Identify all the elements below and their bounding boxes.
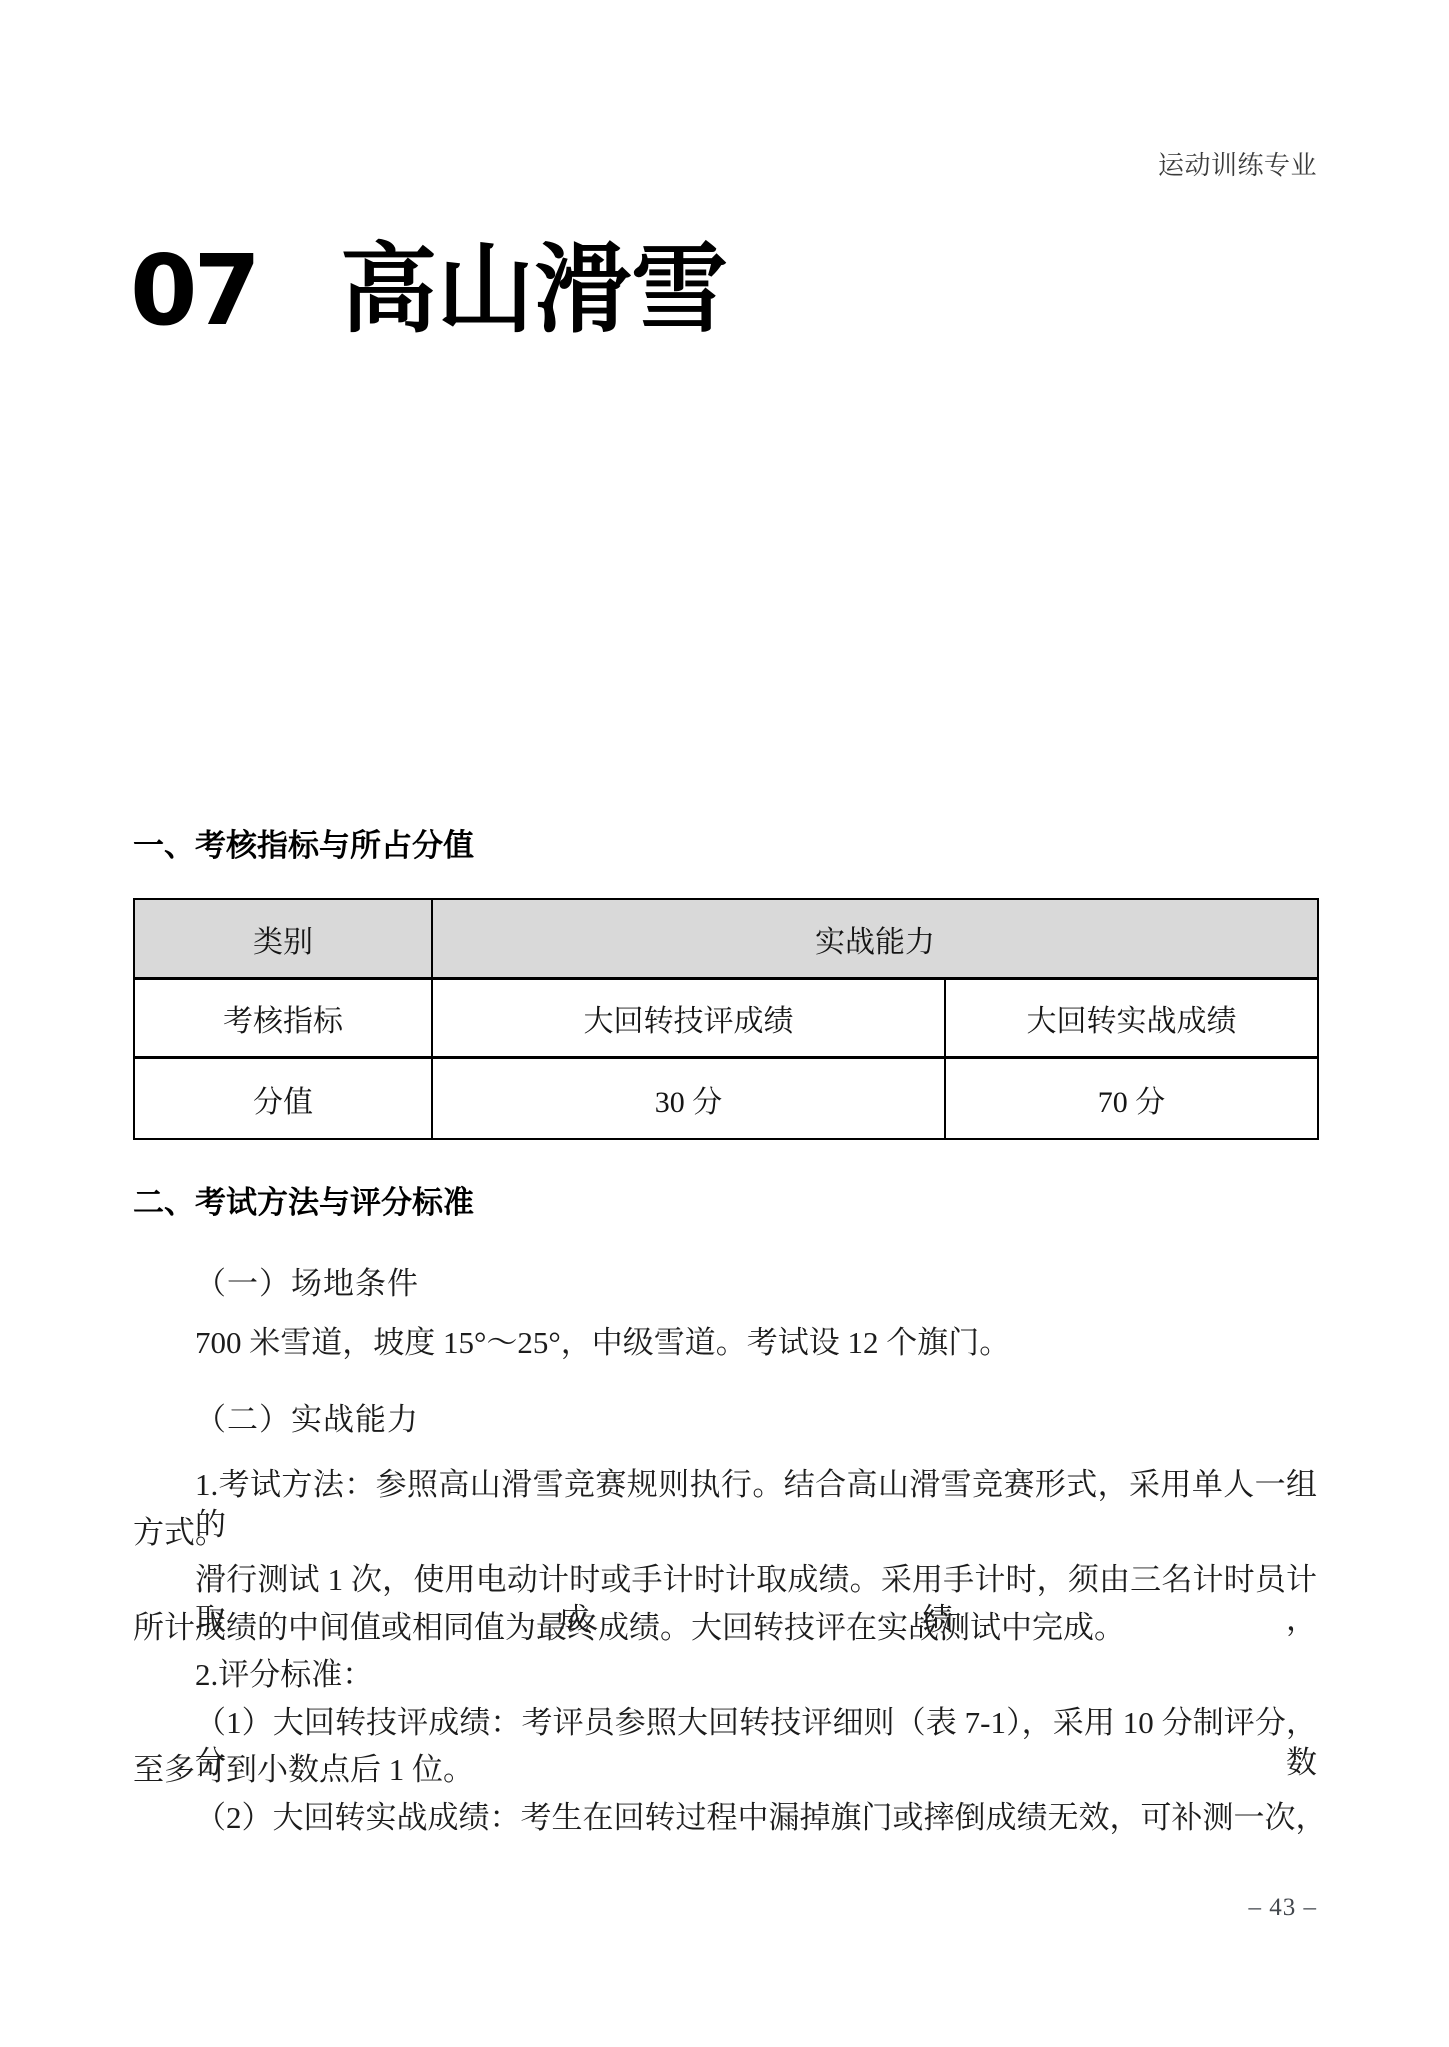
page-number: – 43 –	[1249, 1893, 1318, 1923]
exam-method-line-4: 所计成绩的中间值或相同值为最终成绩。大回转技评在实战测试中完成。	[133, 1608, 1317, 1648]
subsection-2-heading: （二）实战能力	[133, 1400, 1317, 1440]
subsection-1-heading: （一）场地条件	[133, 1264, 1317, 1304]
section-1-heading: 一、考核指标与所占分值	[133, 826, 474, 866]
table-cell-category-value: 实战能力	[432, 899, 1318, 979]
document-page: 运动训练专业 07 高山滑雪 一、考核指标与所占分值 类别 实战能力 考核指标 …	[0, 0, 1449, 2047]
exam-method-line-2: 方式。	[133, 1513, 1317, 1553]
scoring-item-2-line-1: （2）大回转实战成绩：考生在回转过程中漏掉旗门或摔倒成绩无效，可补测一次，	[133, 1798, 1317, 1838]
table-row-score: 分值 30 分 70 分	[134, 1058, 1318, 1140]
scoring-standard-label: 2.评分标准：	[133, 1655, 1317, 1695]
table-cell-category-label: 类别	[134, 899, 432, 979]
scoring-item-1-line-2: 至多可到小数点后 1 位。	[133, 1750, 1317, 1790]
section-2-heading: 二、考试方法与评分标准	[133, 1183, 474, 1223]
chapter-number: 07	[130, 242, 257, 339]
table-cell-indicator-practical: 大回转实战成绩	[945, 979, 1318, 1058]
running-header: 运动训练专业	[1158, 150, 1317, 182]
chapter-title: 高山滑雪	[340, 241, 728, 338]
table-cell-indicator-label: 考核指标	[134, 979, 432, 1058]
table-row-indicator: 考核指标 大回转技评成绩 大回转实战成绩	[134, 979, 1318, 1058]
table-cell-indicator-tech: 大回转技评成绩	[432, 979, 945, 1058]
score-table: 类别 实战能力 考核指标 大回转技评成绩 大回转实战成绩 分值 30 分 70 …	[133, 898, 1319, 1140]
table-header-row: 类别 实战能力	[134, 899, 1318, 979]
venue-conditions-text: 700 米雪道，坡度 15°～25°，中级雪道。考试设 12 个旗门。	[133, 1323, 1317, 1363]
table-cell-score-practical: 70 分	[945, 1058, 1318, 1140]
table-cell-score-tech: 30 分	[432, 1058, 945, 1140]
table-cell-score-label: 分值	[134, 1058, 432, 1140]
